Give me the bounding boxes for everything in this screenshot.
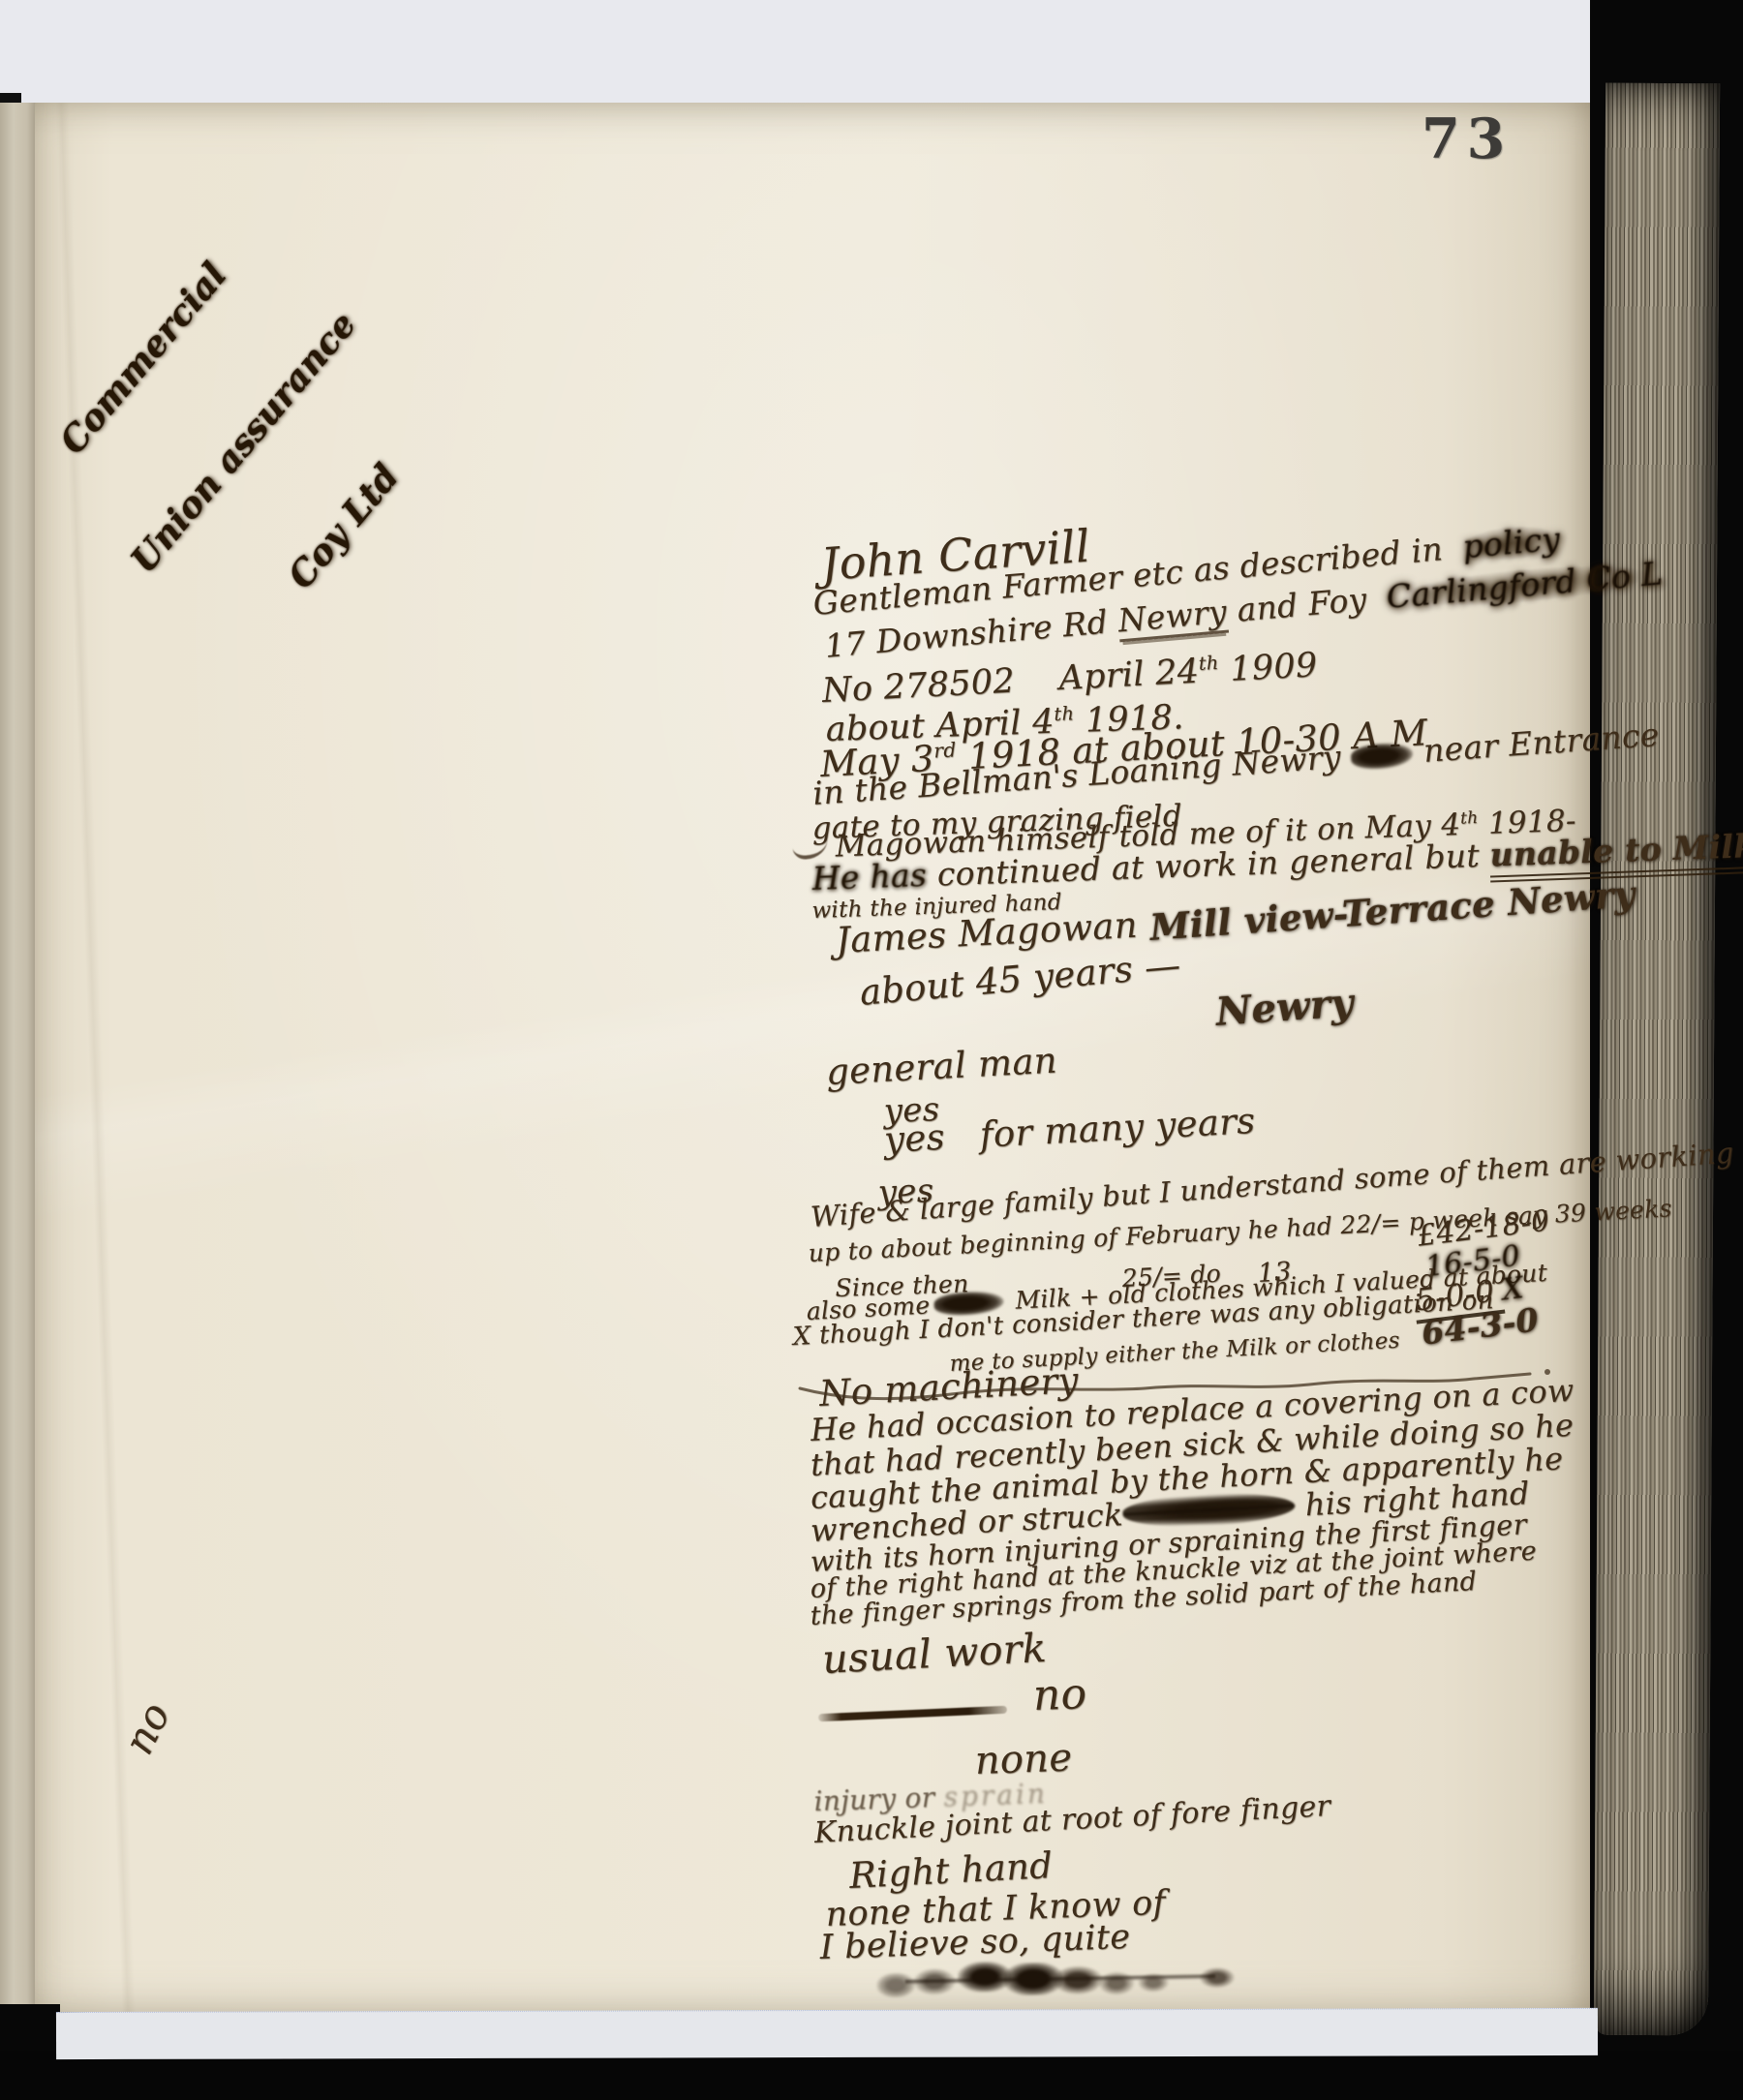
policy-year: 1909 [1218,646,1319,689]
scanned-ledger-page: Commercial Union assurance Coy Ltd 73 Jo… [0,0,1743,2100]
answer-none: none [974,1735,1073,1782]
scanner-backing-bottom [56,2008,1598,2059]
book-fore-edge [1590,0,1743,2100]
work-status-smudged: He has [811,856,928,898]
ink-blot [1351,742,1415,771]
claimant-town: Newry [1214,980,1355,1035]
page-stack-edges [1594,83,1720,2036]
accident-date-ordinal: rd [933,738,958,762]
margin-squiggle [792,837,828,860]
scanner-backing-top [0,0,1594,107]
reported-date-ordinal: th [1460,808,1479,829]
page-number: 73 [1422,107,1512,171]
corner-note-line2: Union assurance [94,269,395,616]
renewal-date-ordinal: th [1054,702,1075,725]
policy-date-ordinal: th [1198,652,1219,675]
answer-no: no [1032,1669,1087,1720]
crossed-out-scribble [876,1954,1303,2004]
